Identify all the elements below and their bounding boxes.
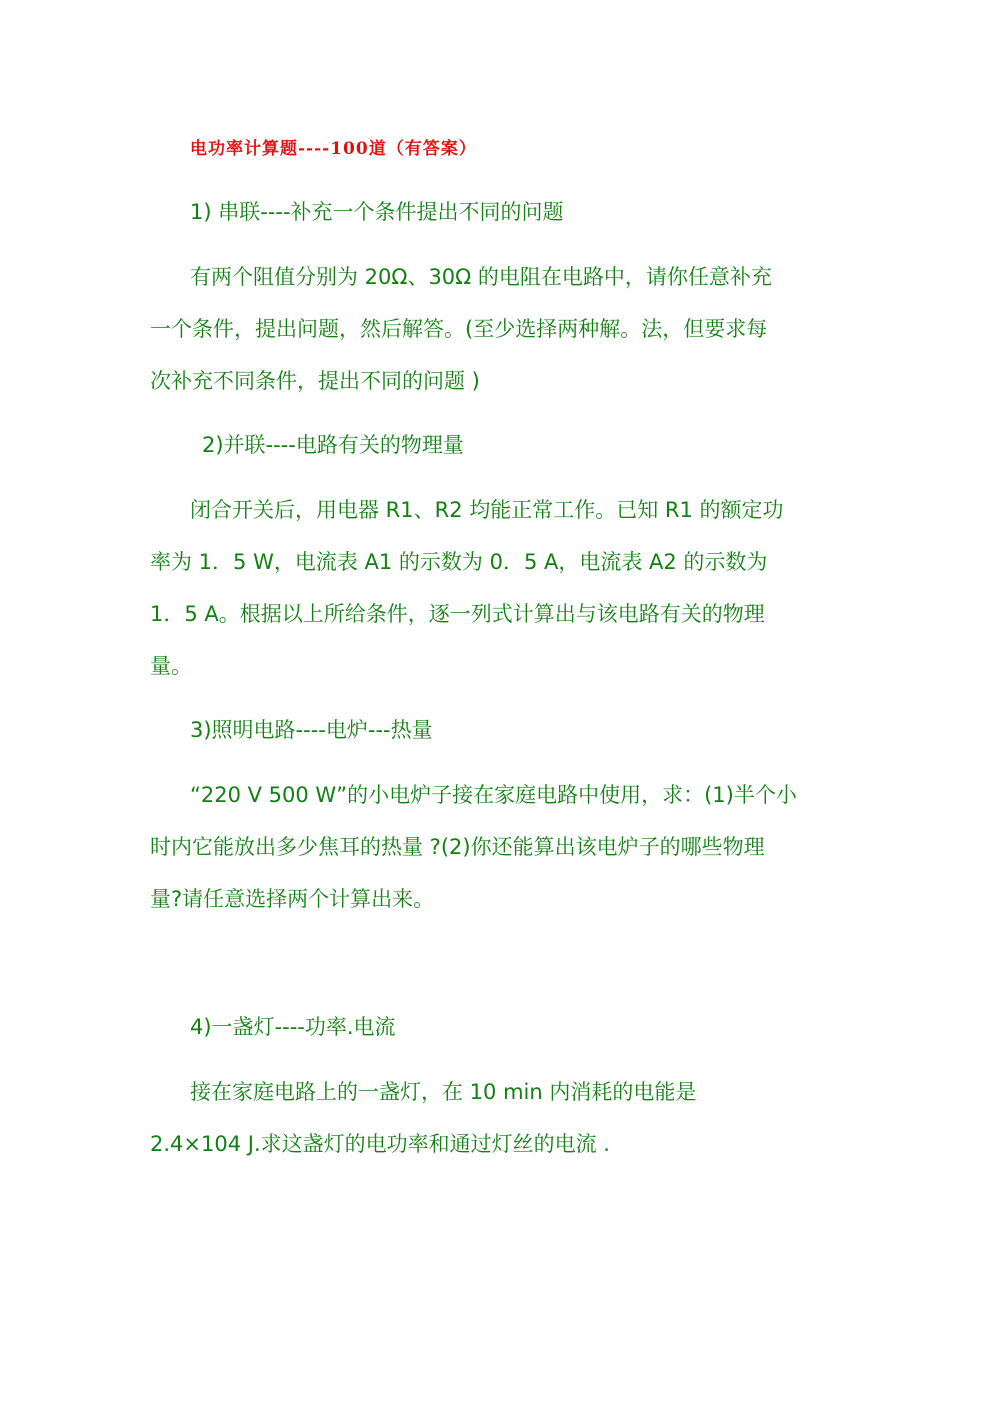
section-3-heading: 3)照明电路----电炉---热量 <box>190 717 433 743</box>
section-4-line-2: 2.4×104 J.求这盏灯的电功率和通过灯丝的电流 . <box>150 1131 610 1157</box>
section-3-line-3: 量?请任意选择两个计算出来。 <box>150 886 434 912</box>
section-2-heading: 2)并联----电路有关的物理量 <box>202 432 464 458</box>
section-1-line-1: 有两个阻值分别为 20Ω、30Ω 的电阻在电路中，请你任意补充 <box>190 264 772 290</box>
document-page: 电功率计算题----100道（有答案） 1) 串联----补充一个条件提出不同的… <box>0 0 993 1404</box>
document-title: 电功率计算题----100道（有答案） <box>190 136 477 162</box>
section-3-line-2: 时内它能放出多少焦耳的热量 ?(2)你还能算出该电炉子的哪些物理 <box>150 834 765 860</box>
section-4-line-1: 接在家庭电路上的一盏灯，在 10 min 内消耗的电能是 <box>190 1079 696 1105</box>
section-3-line-1: “220 V 500 W”的小电炉子接在家庭电路中使用，求：(1)半个小 <box>190 782 797 808</box>
section-1-line-2: 一个条件，提出问题，然后解答。(至少选择两种解。法，但要求每 <box>150 316 767 342</box>
section-2-line-4: 量。 <box>150 653 192 679</box>
section-2-line-2: 率为 1．5 W，电流表 A1 的示数为 0．5 A，电流表 A2 的示数为 <box>150 549 767 575</box>
section-2-line-1: 闭合开关后，用电器 R1、R2 均能正常工作。已知 R1 的额定功 <box>190 497 784 523</box>
section-4-heading: 4)一盏灯----功率.电流 <box>190 1014 396 1040</box>
section-1-line-3: 次补充不同条件，提出不同的问题 ) <box>150 368 480 394</box>
section-2-line-3: 1．5 A。根据以上所给条件，逐一列式计算出与该电路有关的物理 <box>150 601 765 627</box>
section-1-heading: 1) 串联----补充一个条件提出不同的问题 <box>190 199 564 225</box>
